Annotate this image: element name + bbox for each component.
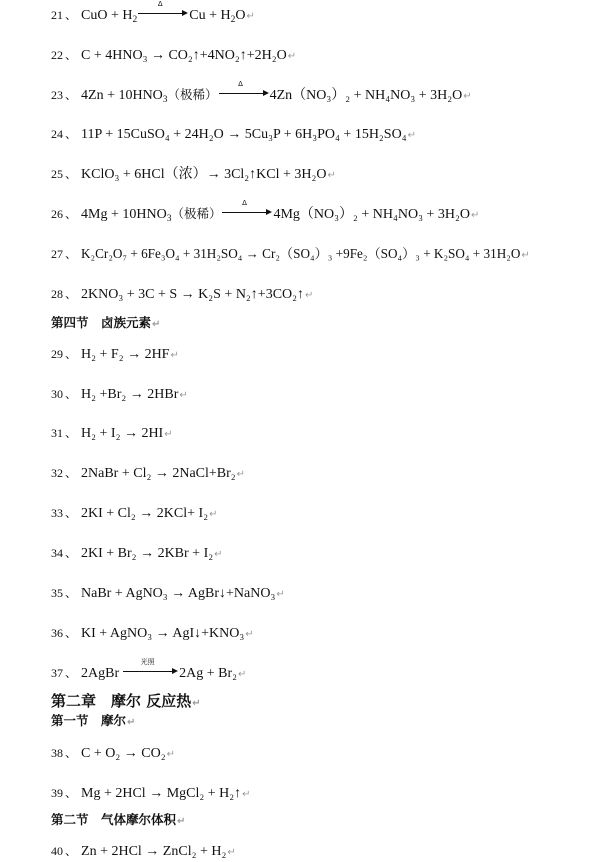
- paragraph-mark-icon: ↵: [242, 789, 250, 800]
- section-heading-gas-molar-volume: 第二节 气体摩尔体积↵: [51, 812, 185, 830]
- separator: 、: [65, 666, 77, 680]
- separator: 、: [65, 466, 77, 480]
- equation-text: H₂ + F₂ → 2HF: [81, 347, 169, 362]
- products: Cu + H: [189, 8, 230, 23]
- equation-40: 40、Zn + 2HCl → ZnCl₂ + H₂↵: [51, 842, 236, 862]
- paragraph-mark-icon: ↵: [209, 509, 217, 520]
- light-arrow-icon: 光照: [123, 666, 178, 676]
- paragraph-mark-icon: ↵: [238, 669, 246, 680]
- equation-text: 2KI + Cl₂ → 2KCl+ I₂: [81, 506, 208, 521]
- equation-number: 27: [51, 247, 63, 261]
- separator: 、: [65, 207, 77, 221]
- heading-text: 第一节 摩尔: [51, 713, 126, 728]
- heat-arrow-icon: Δ: [219, 88, 269, 98]
- reactants: 4Zn + 10HNO: [81, 88, 163, 103]
- equation-number: 40: [51, 844, 63, 858]
- equation-32: 32、2NaBr + Cl₂ → 2NaCl+Br₂↵: [51, 464, 245, 484]
- equation-39: 39、Mg + 2HCl → MgCl₂ + H₂↑↵: [51, 784, 251, 804]
- paragraph-mark-icon: ↵: [164, 429, 172, 440]
- paragraph-mark-icon: ↵: [471, 210, 479, 221]
- equation-text: K₂Cr₂O₇ + 6Fe₃O₄ + 31H₂SO₄ → Cr₂（SO₄）₃ +…: [81, 246, 520, 261]
- separator: 、: [65, 844, 77, 858]
- separator: 、: [65, 287, 77, 301]
- equation-text: NaBr + AgNO₃ → AgBr↓+NaNO₃: [81, 586, 275, 601]
- equation-26: 26、4Mg + 10HNO3（极稀）Δ4Mg（NO₃）₂ + NH₄NO₃ +…: [51, 205, 479, 225]
- paragraph-mark-icon: ↵: [170, 350, 178, 361]
- equation-text: H₂ +Br₂ → 2HBr: [81, 387, 178, 402]
- separator: 、: [65, 546, 77, 560]
- separator: 、: [65, 626, 77, 640]
- condition: （极稀）: [168, 87, 218, 102]
- equation-text: H₂ + I₂ → 2HI: [81, 426, 163, 441]
- products: 4Zn（NO₃）₂ + NH₄NO₃ + 3H₂O: [270, 88, 463, 103]
- separator: 、: [65, 387, 77, 401]
- equation-number: 37: [51, 666, 63, 680]
- equation-text: 4Zn + 10HNO3（极稀）Δ4Zn（NO₃）₂ + NH₄NO₃ + 3H…: [81, 88, 462, 103]
- paragraph-mark-icon: ↵: [152, 319, 160, 330]
- chapter-heading-mole-reaction-heat: 第二章 摩尔 反应热↵: [51, 692, 201, 713]
- equation-text: Zn + 2HCl → ZnCl₂ + H₂: [81, 844, 226, 859]
- section-heading-halogens: 第四节 卤族元素↵: [51, 315, 160, 333]
- separator: 、: [65, 586, 77, 600]
- equation-31: 31、H₂ + I₂ → 2HI↵: [51, 424, 173, 444]
- equation-38: 38、C + O₂ → CO₂↵: [51, 744, 175, 764]
- separator: 、: [65, 127, 77, 141]
- equation-29: 29、H₂ + F₂ → 2HF↵: [51, 345, 179, 365]
- paragraph-mark-icon: ↵: [245, 629, 253, 640]
- equation-number: 29: [51, 347, 63, 361]
- paragraph-mark-icon: ↵: [521, 250, 529, 261]
- separator: 、: [65, 347, 77, 361]
- equation-number: 28: [51, 287, 63, 301]
- paragraph-mark-icon: ↵: [167, 749, 175, 760]
- equation-number: 34: [51, 546, 63, 560]
- equation-number: 26: [51, 207, 63, 221]
- equation-25: 25、KClO₃ + 6HCl（浓）→ 3Cl₂↑KCl + 3H₂O↵: [51, 165, 336, 185]
- separator: 、: [65, 426, 77, 440]
- equation-23: 23、4Zn + 10HNO3（极稀）Δ4Zn（NO₃）₂ + NH₄NO₃ +…: [51, 86, 472, 106]
- heading-text: 第二节 气体摩尔体积: [51, 812, 176, 827]
- equation-text: 2KI + Br₂ → 2KBr + I₂: [81, 546, 213, 561]
- paragraph-mark-icon: ↵: [177, 816, 185, 827]
- equation-21: 21、CuO + H2ΔCu + H2O↵: [51, 6, 255, 26]
- separator: 、: [65, 247, 77, 261]
- equation-text: KI + AgNO₃ → AgI↓+KNO₃: [81, 626, 244, 641]
- heading-text: 第二章 摩尔 反应热: [51, 692, 191, 710]
- equation-number: 31: [51, 426, 63, 440]
- equation-28: 28、2KNO₃ + 3C + S → K₂S + N₂↑+3CO₂↑↵: [51, 285, 313, 305]
- equation-number: 35: [51, 586, 63, 600]
- reactants: 4Mg + 10HNO: [81, 207, 167, 222]
- section-heading-mole: 第一节 摩尔↵: [51, 713, 135, 731]
- equation-text: KClO₃ + 6HCl（浓）→ 3Cl₂↑KCl + 3H₂O: [81, 167, 327, 182]
- paragraph-mark-icon: ↵: [127, 717, 135, 728]
- products: 2Ag + Br₂: [179, 666, 237, 681]
- paragraph-mark-icon: ↵: [305, 290, 313, 301]
- paragraph-mark-icon: ↵: [328, 170, 336, 181]
- separator: 、: [65, 88, 77, 102]
- paragraph-mark-icon: ↵: [237, 469, 245, 480]
- equation-text: Mg + 2HCl → MgCl₂ + H₂↑: [81, 786, 241, 801]
- equation-number: 30: [51, 387, 63, 401]
- products: 4Mg（NO₃）₂ + NH₄NO₃ + 3H₂O: [273, 207, 470, 222]
- subscript: 2: [132, 15, 137, 25]
- arrow-label: Δ: [138, 0, 182, 8]
- equation-number: 21: [51, 8, 63, 22]
- equation-36: 36、KI + AgNO₃ → AgI↓+KNO₃↵: [51, 624, 254, 644]
- equation-number: 25: [51, 167, 63, 181]
- separator: 、: [65, 8, 77, 22]
- equation-33: 33、2KI + Cl₂ → 2KCl+ I₂↵: [51, 504, 217, 524]
- equation-text: CuO + H2ΔCu + H2O: [81, 8, 245, 23]
- equation-number: 24: [51, 127, 63, 141]
- separator: 、: [65, 167, 77, 181]
- separator: 、: [65, 786, 77, 800]
- paragraph-mark-icon: ↵: [179, 390, 187, 401]
- condition: （极稀）: [171, 206, 221, 221]
- paragraph-mark-icon: ↵: [214, 549, 222, 560]
- paragraph-mark-icon: ↵: [408, 130, 416, 141]
- equation-27: 27、K₂Cr₂O₇ + 6Fe₃O₄ + 31H₂SO₄ → Cr₂（SO₄）…: [51, 245, 530, 265]
- equation-number: 33: [51, 506, 63, 520]
- arrow-label: Δ: [222, 199, 266, 207]
- equation-text: 2KNO₃ + 3C + S → K₂S + N₂↑+3CO₂↑: [81, 287, 304, 302]
- equation-number: 32: [51, 466, 63, 480]
- equation-37: 37、2AgBr光照2Ag + Br₂↵: [51, 664, 246, 684]
- equation-22: 22、C + 4HNO₃ → CO₂↑+4NO₂↑+2H₂O↵: [51, 46, 296, 66]
- equation-35: 35、NaBr + AgNO₃ → AgBr↓+NaNO₃↵: [51, 584, 285, 604]
- equation-text: C + O₂ → CO₂: [81, 746, 166, 761]
- products-tail: O: [235, 8, 245, 23]
- separator: 、: [65, 506, 77, 520]
- equation-number: 23: [51, 88, 63, 102]
- paragraph-mark-icon: ↵: [192, 698, 200, 709]
- equation-number: 22: [51, 48, 63, 62]
- equation-text: 4Mg + 10HNO3（极稀）Δ4Mg（NO₃）₂ + NH₄NO₃ + 3H…: [81, 207, 470, 222]
- equation-number: 39: [51, 786, 63, 800]
- equation-text: 2AgBr光照2Ag + Br₂: [81, 666, 237, 681]
- paragraph-mark-icon: ↵: [276, 589, 284, 600]
- equation-number: 38: [51, 746, 63, 760]
- separator: 、: [65, 48, 77, 62]
- equation-text: 11P + 15CuSO₄ + 24H₂O → 5Cu₃P + 6H₃PO₄ +…: [81, 127, 407, 142]
- reactants: 2AgBr: [81, 666, 119, 681]
- heat-arrow-icon: Δ: [222, 207, 272, 217]
- equation-text: 2NaBr + Cl₂ → 2NaCl+Br₂: [81, 466, 236, 481]
- reactants: CuO + H: [81, 8, 132, 23]
- paragraph-mark-icon: ↵: [288, 51, 296, 62]
- heat-arrow-icon: Δ: [138, 8, 188, 18]
- arrow-label: Δ: [219, 80, 263, 88]
- equation-number: 36: [51, 626, 63, 640]
- equation-30: 30、H₂ +Br₂ → 2HBr↵: [51, 385, 188, 405]
- heading-text: 第四节 卤族元素: [51, 315, 151, 330]
- paragraph-mark-icon: ↵: [246, 11, 254, 22]
- separator: 、: [65, 746, 77, 760]
- equation-24: 24、11P + 15CuSO₄ + 24H₂O → 5Cu₃P + 6H₃PO…: [51, 125, 416, 145]
- paragraph-mark-icon: ↵: [227, 847, 235, 858]
- equation-text: C + 4HNO₃ → CO₂↑+4NO₂↑+2H₂O: [81, 48, 287, 63]
- equation-34: 34、2KI + Br₂ → 2KBr + I₂↵: [51, 544, 223, 564]
- paragraph-mark-icon: ↵: [463, 91, 471, 102]
- arrow-label: 光照: [123, 658, 172, 666]
